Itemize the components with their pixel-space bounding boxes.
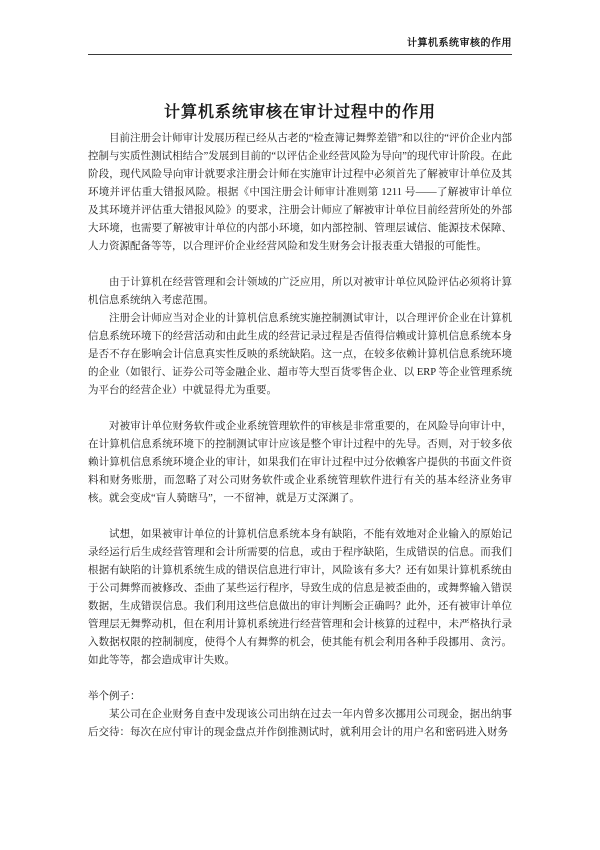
paragraph-computer-scope: 由于计算机在经营管理和会计领域的广泛应用，所以对被审计单位风险评估必须将计算机信…: [88, 274, 512, 310]
document-body: 目前注册会计师审计发展历程已经从古老的“检查簿记舞弊差错”和以往的“评价企业内部…: [88, 130, 512, 742]
paragraph-control-test: 注册会计师应当对企业的计算机信息系统实施控制测试审计，以合理评价企业在计算机信息…: [88, 310, 512, 400]
paragraph-software-review: 对被审计单位财务软件或企业系统管理软件的审核是非常重要的，在风险导向审计中，在计…: [88, 418, 512, 508]
paragraph-intro: 目前注册会计师审计发展历程已经从古老的“检查簿记舞弊差错”和以往的“评价企业内部…: [88, 130, 512, 256]
running-header-text: 计算机系统审核的作用: [407, 38, 512, 49]
paragraph-example-heading: 举个例子：: [88, 688, 512, 706]
paragraph-example-body: 某公司在企业财务自查中发现该公司出纳在过去一年内曾多次挪用公司现金，据出纳事后交…: [88, 706, 512, 742]
document-page: 计算机系统审核的作用 计算机系统审核在审计过程中的作用 目前注册会计师审计发展历…: [0, 0, 600, 850]
page-title: 计算机系统审核在审计过程中的作用: [0, 99, 600, 122]
running-header: 计算机系统审核的作用: [88, 34, 512, 55]
paragraph-risk-discussion: 试想，如果被审计单位的计算机信息系统本身有缺陷，不能有效地对企业输入的原始记录经…: [88, 526, 512, 670]
